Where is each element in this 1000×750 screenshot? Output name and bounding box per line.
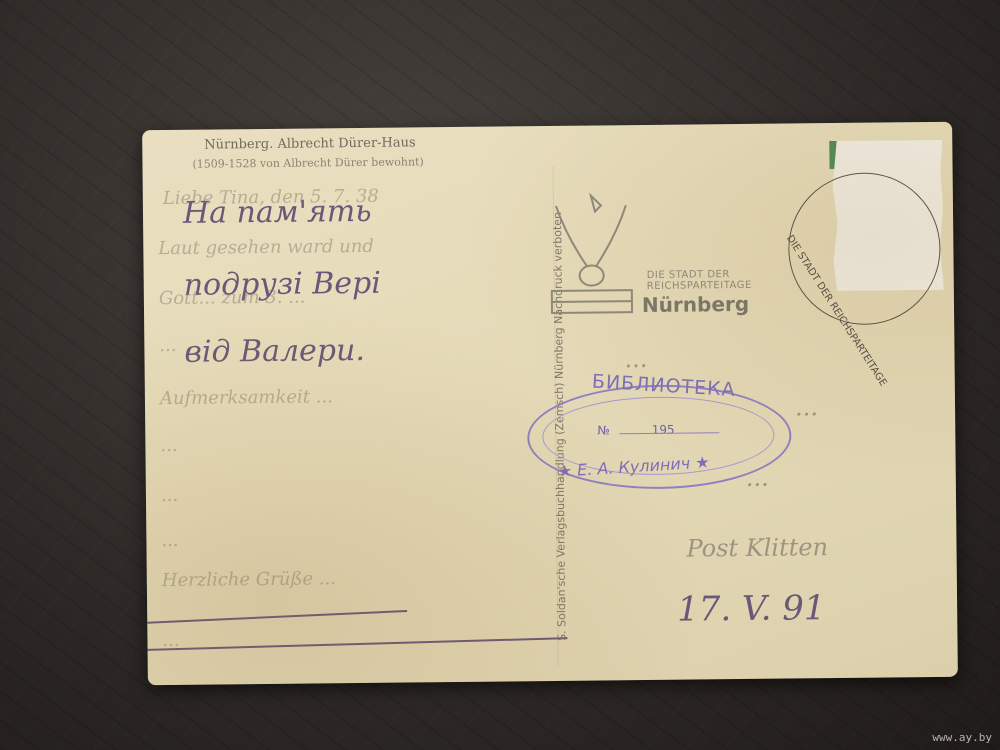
- cancel-line: DIE STADT DERREICHSPARTEITAGE: [647, 269, 752, 292]
- faint-line: Laut gesehen ward und: [158, 236, 374, 259]
- dedication-line: На пам'ять: [183, 194, 372, 231]
- publisher-imprint: S. Soldan'sche Verlagsbuchhandlung (Zems…: [551, 212, 568, 641]
- faint-line: ...: [161, 530, 178, 551]
- faint-line: ...: [160, 435, 177, 456]
- postmark-text: DIE STADT DER REICHSPARTEITAGE: [784, 233, 889, 388]
- library-stamp-number: № 195: [597, 423, 675, 438]
- center-divider: [553, 166, 559, 666]
- watermark: www.ay.by: [932, 731, 992, 744]
- address-line: ...: [795, 393, 818, 421]
- eagle-emblem-icon: [541, 185, 642, 316]
- faint-line: ...: [162, 630, 179, 651]
- dedication-line: подрузі Вері: [184, 266, 381, 303]
- address-line: ...: [746, 464, 769, 492]
- library-stamp: БИБЛИОТЕКА № 195 ★ Е. А. Кулинич ★: [487, 373, 828, 497]
- circular-postmark: [788, 172, 942, 326]
- faint-line: Herzliche Grüße ...: [162, 568, 336, 591]
- date-note: 17. V. 91: [677, 588, 826, 630]
- postcard: Nürnberg. Albrecht Dürer-Haus (1509-1528…: [142, 122, 958, 685]
- library-stamp-owner: ★ Е. А. Кулинич ★: [557, 452, 710, 481]
- address-line: Post Klitten: [686, 533, 828, 562]
- torn-stamp-area: [832, 140, 944, 291]
- printed-title: Nürnberg. Albrecht Dürer-Haus: [204, 135, 416, 152]
- strike-line: [147, 610, 407, 624]
- address-line: ...: [624, 345, 647, 373]
- faint-line: Liebe Tina, den 5. 7. 38: [163, 186, 379, 209]
- faint-line: ...: [159, 335, 176, 356]
- printed-subtitle: (1509-1528 von Albrecht Dürer bewohnt): [192, 155, 423, 170]
- machine-cancel: DIE STADT DERREICHSPARTEITAGE Nürnberg: [541, 184, 772, 321]
- faint-line: Gott... zum 3. ...: [159, 287, 306, 310]
- library-stamp-title: БИБЛИОТЕКА: [591, 371, 736, 401]
- dedication-line: від Валери.: [184, 333, 365, 370]
- stamp-remnant: [829, 141, 839, 169]
- strike-line: [148, 637, 568, 651]
- cancel-city: Nürnberg: [642, 292, 749, 317]
- faint-line: ...: [161, 485, 178, 506]
- faint-line: Aufmerksamkeit ...: [160, 386, 333, 409]
